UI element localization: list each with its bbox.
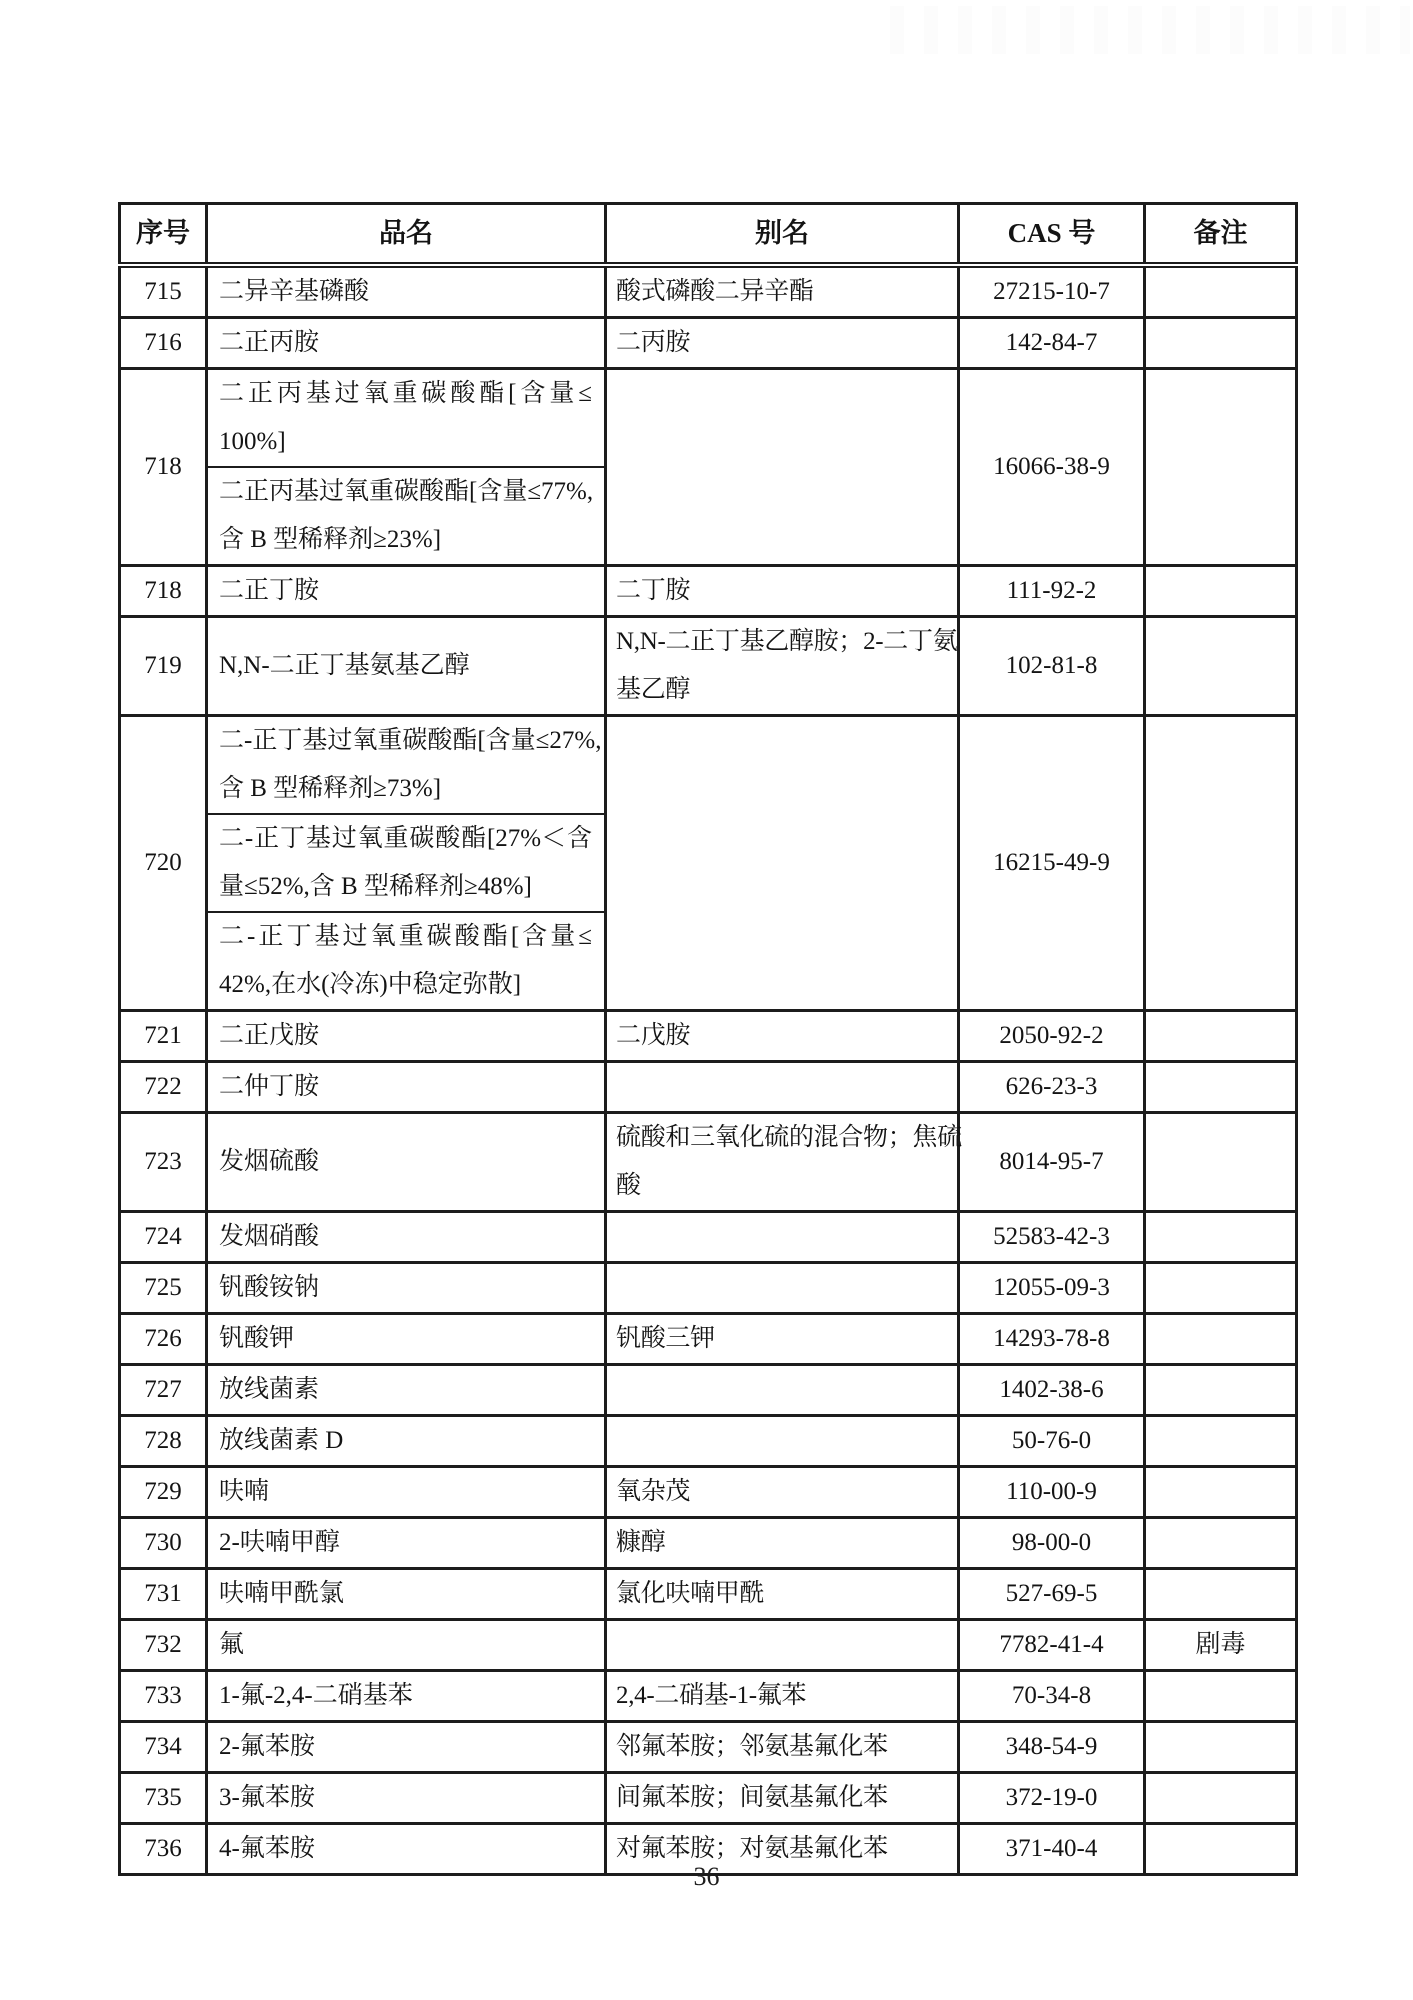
row-number: 729 xyxy=(120,1467,207,1518)
cas-number-cell: 7782-41-4 xyxy=(959,1620,1145,1671)
cas-number-cell: 16066-38-9 xyxy=(959,369,1145,566)
cas-number-cell: 27215-10-7 xyxy=(959,265,1145,318)
note-cell xyxy=(1145,1263,1297,1314)
note-cell xyxy=(1145,1722,1297,1773)
product-name-cell: 钒酸铵钠 xyxy=(207,1263,606,1314)
row-number: 727 xyxy=(120,1365,207,1416)
product-name-cell: 氟 xyxy=(207,1620,606,1671)
note-cell xyxy=(1145,1467,1297,1518)
cell-line: 二戊胺 xyxy=(616,1012,953,1060)
product-name-cell: 二异辛基磷酸 xyxy=(207,265,606,318)
row-number: 721 xyxy=(120,1011,207,1062)
cell-line: 100%] xyxy=(219,418,600,466)
note-cell xyxy=(1145,1212,1297,1263)
alias-cell xyxy=(606,1365,959,1416)
cell-line: N,N-二正丁基乙醇胺；2-二丁氨 xyxy=(616,618,953,666)
cell-line: 发烟硫酸 xyxy=(219,1138,600,1186)
cas-number-cell: 14293-78-8 xyxy=(959,1314,1145,1365)
cell-line: 放线菌素 D xyxy=(219,1417,600,1465)
row-number: 715 xyxy=(120,265,207,318)
alias-cell: 氧杂茂 xyxy=(606,1467,959,1518)
cell-line: 二丙胺 xyxy=(616,319,953,367)
table-row: 718二正丁胺二丁胺111-92-2 xyxy=(120,566,1297,617)
row-number: 724 xyxy=(120,1212,207,1263)
note-cell xyxy=(1145,716,1297,1011)
table-row: 7342-氟苯胺邻氟苯胺；邻氨基氟化苯348-54-9 xyxy=(120,1722,1297,1773)
note-cell xyxy=(1145,1365,1297,1416)
product-name-cell: 放线菌素 D xyxy=(207,1416,606,1467)
note-cell xyxy=(1145,1062,1297,1113)
note-cell xyxy=(1145,318,1297,369)
product-name-cell: 3-氟苯胺 xyxy=(207,1773,606,1824)
header-row: 序号 品名 别名 CAS 号 备注 xyxy=(120,204,1297,266)
product-name-cell: 二正丙胺 xyxy=(207,318,606,369)
column-header-note: 备注 xyxy=(1145,204,1297,266)
product-name-cell: 钒酸钾 xyxy=(207,1314,606,1365)
alias-cell: 硫酸和三氧化硫的混合物；焦硫酸 xyxy=(606,1113,959,1212)
row-number: 735 xyxy=(120,1773,207,1824)
alias-cell: 邻氟苯胺；邻氨基氟化苯 xyxy=(606,1722,959,1773)
row-number: 720 xyxy=(120,716,207,1011)
cell-line: 呋喃甲酰氯 xyxy=(219,1570,600,1618)
alias-cell xyxy=(606,1212,959,1263)
product-name-cell: 二正丙基过氧重碳酸酯[含量≤100%] xyxy=(207,369,606,468)
alias-cell: 钒酸三钾 xyxy=(606,1314,959,1365)
alias-cell: 氯化呋喃甲酰 xyxy=(606,1569,959,1620)
note-cell xyxy=(1145,1518,1297,1569)
row-number: 723 xyxy=(120,1113,207,1212)
table-row: 722二仲丁胺626-23-3 xyxy=(120,1062,1297,1113)
product-name-cell: 二正戊胺 xyxy=(207,1011,606,1062)
cell-line: 氟 xyxy=(219,1621,600,1669)
product-name-cell: 2-呋喃甲醇 xyxy=(207,1518,606,1569)
cell-line: 二丁胺 xyxy=(616,567,953,615)
cell-line: 二异辛基磷酸 xyxy=(219,268,600,316)
cell-line: 氧杂茂 xyxy=(616,1468,953,1516)
product-name-cell: 二-正丁基过氧重碳酸酯[27%＜含量≤52%,含 B 型稀释剂≥48%] xyxy=(207,814,606,912)
cell-line: 二-正丁基过氧重碳酸酯[含量≤27%, xyxy=(219,717,600,765)
row-number: 734 xyxy=(120,1722,207,1773)
cell-line: 基乙醇 xyxy=(616,666,953,714)
cas-number-cell: 626-23-3 xyxy=(959,1062,1145,1113)
row-number: 731 xyxy=(120,1569,207,1620)
note-cell xyxy=(1145,265,1297,318)
chemicals-table: 序号 品名 别名 CAS 号 备注 715二异辛基磷酸酸式磷酸二异辛酯27215… xyxy=(118,202,1298,1876)
table-row: 7302-呋喃甲醇糠醇98-00-0 xyxy=(120,1518,1297,1569)
cas-number-cell: 8014-95-7 xyxy=(959,1113,1145,1212)
scan-artifact xyxy=(890,6,1410,54)
product-name-cell: 呋喃甲酰氯 xyxy=(207,1569,606,1620)
cas-number-cell: 2050-92-2 xyxy=(959,1011,1145,1062)
note-cell xyxy=(1145,1314,1297,1365)
product-name-cell: 发烟硫酸 xyxy=(207,1113,606,1212)
alias-cell: 二丙胺 xyxy=(606,318,959,369)
cas-number-cell: 102-81-8 xyxy=(959,617,1145,716)
column-header-no: 序号 xyxy=(120,204,207,266)
cell-line: 发烟硝酸 xyxy=(219,1213,600,1261)
alias-cell: 2,4-二硝基-1-氟苯 xyxy=(606,1671,959,1722)
cell-line: 钒酸铵钠 xyxy=(219,1264,600,1312)
cell-line: 二正丙胺 xyxy=(219,319,600,367)
cell-line: 二-正丁基过氧重碳酸酯[27%＜含 xyxy=(219,815,600,863)
table-row: 732氟7782-41-4剧毒 xyxy=(120,1620,1297,1671)
row-number: 726 xyxy=(120,1314,207,1365)
table-row: 723发烟硫酸硫酸和三氧化硫的混合物；焦硫酸8014-95-7 xyxy=(120,1113,1297,1212)
row-number: 718 xyxy=(120,566,207,617)
cell-line: 2,4-二硝基-1-氟苯 xyxy=(616,1672,953,1720)
cas-number-cell: 142-84-7 xyxy=(959,318,1145,369)
cell-line: 二正丙基过氧重碳酸酯[含量≤ xyxy=(219,370,600,418)
table-row: 7353-氟苯胺间氟苯胺；间氨基氟化苯372-19-0 xyxy=(120,1773,1297,1824)
note-cell xyxy=(1145,1773,1297,1824)
cas-number-cell: 12055-09-3 xyxy=(959,1263,1145,1314)
column-header-alias: 别名 xyxy=(606,204,959,266)
product-name-cell: 二-正丁基过氧重碳酸酯[含量≤27%,含 B 型稀释剂≥73%] xyxy=(207,716,606,815)
cas-number-cell: 110-00-9 xyxy=(959,1467,1145,1518)
note-cell xyxy=(1145,1569,1297,1620)
table-row: 7331-氟-2,4-二硝基苯2,4-二硝基-1-氟苯70-34-8 xyxy=(120,1671,1297,1722)
table-row: 731呋喃甲酰氯氯化呋喃甲酰527-69-5 xyxy=(120,1569,1297,1620)
cas-number-cell: 527-69-5 xyxy=(959,1569,1145,1620)
note-cell xyxy=(1145,617,1297,716)
cell-line: 二正戊胺 xyxy=(219,1012,600,1060)
product-name-cell: N,N-二正丁基氨基乙醇 xyxy=(207,617,606,716)
table-row: 724发烟硝酸52583-42-3 xyxy=(120,1212,1297,1263)
cell-line: 糠醇 xyxy=(616,1519,953,1567)
product-name-cell: 1-氟-2,4-二硝基苯 xyxy=(207,1671,606,1722)
table-row: 720二-正丁基过氧重碳酸酯[含量≤27%,含 B 型稀释剂≥73%]16215… xyxy=(120,716,1297,815)
alias-cell: 糠醇 xyxy=(606,1518,959,1569)
cell-line: 酸 xyxy=(616,1162,953,1210)
alias-cell xyxy=(606,1416,959,1467)
cell-line: 硫酸和三氧化硫的混合物；焦硫 xyxy=(616,1114,953,1162)
alias-cell: 间氟苯胺；间氨基氟化苯 xyxy=(606,1773,959,1824)
table-row: 726钒酸钾钒酸三钾14293-78-8 xyxy=(120,1314,1297,1365)
cas-number-cell: 98-00-0 xyxy=(959,1518,1145,1569)
cell-line: 含 B 型稀释剂≥73%] xyxy=(219,765,600,813)
table-row: 719N,N-二正丁基氨基乙醇N,N-二正丁基乙醇胺；2-二丁氨基乙醇102-8… xyxy=(120,617,1297,716)
alias-cell: 酸式磷酸二异辛酯 xyxy=(606,265,959,318)
alias-cell xyxy=(606,369,959,566)
note-cell: 剧毒 xyxy=(1145,1620,1297,1671)
column-header-name: 品名 xyxy=(207,204,606,266)
alias-cell: N,N-二正丁基乙醇胺；2-二丁氨基乙醇 xyxy=(606,617,959,716)
table-row: 716二正丙胺二丙胺142-84-7 xyxy=(120,318,1297,369)
note-cell xyxy=(1145,1011,1297,1062)
table-row: 721二正戊胺二戊胺2050-92-2 xyxy=(120,1011,1297,1062)
cell-line: 二正丁胺 xyxy=(219,567,600,615)
cas-number-cell: 111-92-2 xyxy=(959,566,1145,617)
product-name-cell: 二仲丁胺 xyxy=(207,1062,606,1113)
cas-number-cell: 348-54-9 xyxy=(959,1722,1145,1773)
note-cell xyxy=(1145,1671,1297,1722)
cell-line: 2-氟苯胺 xyxy=(219,1723,600,1771)
cell-line: 二-正丁基过氧重碳酸酯[含量≤ xyxy=(219,913,600,961)
cas-number-cell: 1402-38-6 xyxy=(959,1365,1145,1416)
row-number: 718 xyxy=(120,369,207,566)
document-page: 序号 品名 别名 CAS 号 备注 715二异辛基磷酸酸式磷酸二异辛酯27215… xyxy=(0,0,1413,2000)
cell-line: 42%,在水(冷冻)中稳定弥散] xyxy=(219,961,600,1009)
table-row: 728放线菌素 D50-76-0 xyxy=(120,1416,1297,1467)
alias-cell: 二戊胺 xyxy=(606,1011,959,1062)
cell-line: 氯化呋喃甲酰 xyxy=(616,1570,953,1618)
product-name-cell: 二-正丁基过氧重碳酸酯[含量≤42%,在水(冷冻)中稳定弥散] xyxy=(207,912,606,1011)
cell-line: 放线菌素 xyxy=(219,1366,600,1414)
table-row: 725钒酸铵钠12055-09-3 xyxy=(120,1263,1297,1314)
cas-number-cell: 16215-49-9 xyxy=(959,716,1145,1011)
column-header-cas: CAS 号 xyxy=(959,204,1145,266)
row-number: 722 xyxy=(120,1062,207,1113)
table-row: 718二正丙基过氧重碳酸酯[含量≤100%]16066-38-9 xyxy=(120,369,1297,468)
cell-line: 钒酸三钾 xyxy=(616,1315,953,1363)
product-name-cell: 放线菌素 xyxy=(207,1365,606,1416)
cell-line: 间氟苯胺；间氨基氟化苯 xyxy=(616,1774,953,1822)
row-number: 730 xyxy=(120,1518,207,1569)
cell-line: N,N-二正丁基氨基乙醇 xyxy=(219,642,600,690)
cell-line: 3-氟苯胺 xyxy=(219,1774,600,1822)
row-number: 732 xyxy=(120,1620,207,1671)
note-cell xyxy=(1145,1416,1297,1467)
cell-line: 二仲丁胺 xyxy=(219,1063,600,1111)
cell-line: 含 B 型稀释剂≥23%] xyxy=(219,516,600,564)
cas-number-cell: 52583-42-3 xyxy=(959,1212,1145,1263)
alias-cell xyxy=(606,1263,959,1314)
cas-number-cell: 372-19-0 xyxy=(959,1773,1145,1824)
table-row: 727放线菌素1402-38-6 xyxy=(120,1365,1297,1416)
row-number: 733 xyxy=(120,1671,207,1722)
product-name-cell: 二正丙基过氧重碳酸酯[含量≤77%,含 B 型稀释剂≥23%] xyxy=(207,467,606,566)
product-name-cell: 发烟硝酸 xyxy=(207,1212,606,1263)
row-number: 719 xyxy=(120,617,207,716)
page-number: 36 xyxy=(0,1862,1413,1892)
product-name-cell: 2-氟苯胺 xyxy=(207,1722,606,1773)
cell-line: 钒酸钾 xyxy=(219,1315,600,1363)
cas-number-cell: 50-76-0 xyxy=(959,1416,1145,1467)
cell-line: 酸式磷酸二异辛酯 xyxy=(616,268,953,316)
row-number: 728 xyxy=(120,1416,207,1467)
note-cell xyxy=(1145,566,1297,617)
table-body: 715二异辛基磷酸酸式磷酸二异辛酯27215-10-7716二正丙胺二丙胺142… xyxy=(120,265,1297,1875)
note-cell xyxy=(1145,1113,1297,1212)
table-row: 715二异辛基磷酸酸式磷酸二异辛酯27215-10-7 xyxy=(120,265,1297,318)
cell-line: 量≤52%,含 B 型稀释剂≥48%] xyxy=(219,863,600,911)
row-number: 716 xyxy=(120,318,207,369)
table-row: 729呋喃氧杂茂110-00-9 xyxy=(120,1467,1297,1518)
table-header: 序号 品名 别名 CAS 号 备注 xyxy=(120,204,1297,266)
cell-line: 二正丙基过氧重碳酸酯[含量≤77%, xyxy=(219,468,600,516)
note-cell xyxy=(1145,369,1297,566)
product-name-cell: 二正丁胺 xyxy=(207,566,606,617)
alias-cell xyxy=(606,1620,959,1671)
cell-line: 1-氟-2,4-二硝基苯 xyxy=(219,1672,600,1720)
row-number: 725 xyxy=(120,1263,207,1314)
cell-line: 呋喃 xyxy=(219,1468,600,1516)
cas-number-cell: 70-34-8 xyxy=(959,1671,1145,1722)
alias-cell xyxy=(606,1062,959,1113)
alias-cell: 二丁胺 xyxy=(606,566,959,617)
product-name-cell: 呋喃 xyxy=(207,1467,606,1518)
cell-line: 邻氟苯胺；邻氨基氟化苯 xyxy=(616,1723,953,1771)
cell-line: 2-呋喃甲醇 xyxy=(219,1519,600,1567)
alias-cell xyxy=(606,716,959,1011)
